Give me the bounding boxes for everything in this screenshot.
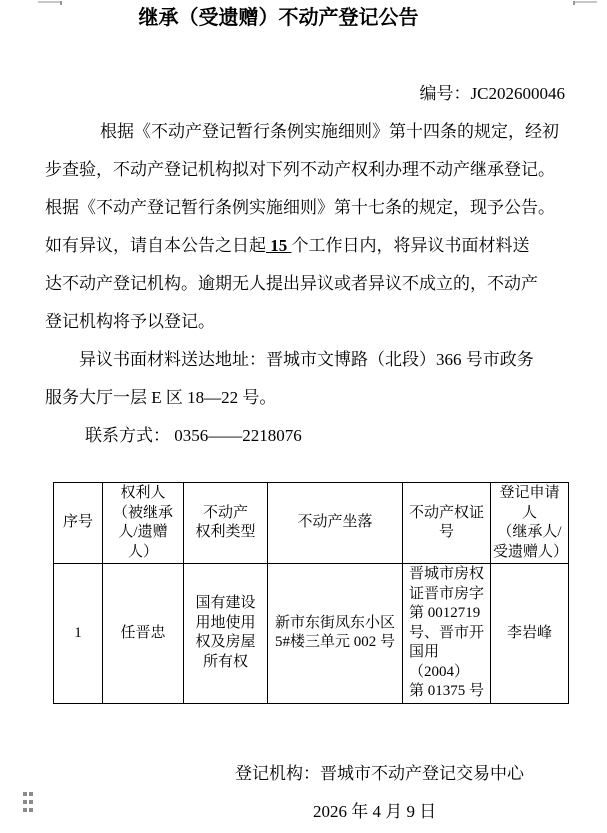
- col-header-seq: 序号: [54, 483, 103, 564]
- registration-agency: 登记机构：晋城市不动产登记交易中心: [235, 755, 568, 793]
- announcement-paragraph: 根据《不动产登记暂行条例实施细则》第十四条的规定，经初 步查验，不动产登记机构拟…: [45, 113, 568, 341]
- document-page: 继承（受遗赠）不动产登记公告 编号：JC202600046 根据《不动产登记暂行…: [0, 0, 607, 833]
- drag-handle-dot: [29, 792, 33, 796]
- col-header-holder: 权利人 （被继承 人/遗赠 人）: [103, 483, 184, 564]
- announcement-date: 2026 年 4 月 9 日: [313, 793, 568, 831]
- drag-handle-dot: [23, 800, 27, 804]
- corner-mark-tick: [573, 1, 575, 5]
- cell-applicant: 李岩峰: [491, 564, 569, 704]
- document-content: 继承（受遗赠）不动产登记公告 编号：JC202600046 根据《不动产登记暂行…: [45, 5, 568, 831]
- cell-holder: 任晋忠: [103, 564, 184, 704]
- contact-paragraph: 联系方式： 0356——2218076: [45, 417, 568, 455]
- doc-number: 编号：JC202600046: [45, 75, 568, 113]
- table-header-row: 序号 权利人 （被继承 人/遗赠 人） 不动产 权利类型 不动产坐落 不动产权证…: [54, 483, 569, 564]
- top-left-corner-mark-icon: [38, 1, 62, 5]
- col-header-applicant: 登记申请人 （继承人/ 受遗赠人）: [491, 483, 569, 564]
- notice-period-value: 15: [266, 236, 292, 255]
- drag-handle-dot: [23, 808, 27, 812]
- drag-handle-icon[interactable]: [23, 792, 33, 812]
- drag-handle-dot: [23, 792, 27, 796]
- corner-mark-line: [573, 1, 597, 3]
- cell-location: 新市东街凤东小区 5#楼三单元 002 号: [268, 564, 403, 704]
- corner-mark-tick: [60, 1, 62, 5]
- drag-handle-dot: [29, 808, 33, 812]
- cell-cert-no: 晋城市房权 证晋市房字 第 0012719 号、晋市开 国用（2004） 第 0…: [403, 564, 491, 704]
- address-paragraph: 异议书面材料送达地址：晋城市文博路（北段）366 号市政务 服务大厅一层 E 区…: [45, 341, 568, 417]
- announcement-table: 序号 权利人 （被继承 人/遗赠 人） 不动产 权利类型 不动产坐落 不动产权证…: [53, 482, 569, 704]
- top-right-corner-mark-icon: [573, 1, 597, 5]
- corner-mark-line: [38, 1, 62, 3]
- drag-handle-dot: [29, 800, 33, 804]
- cell-seq: 1: [54, 564, 103, 704]
- col-header-right-type: 不动产 权利类型: [184, 483, 268, 564]
- col-header-cert-no: 不动产权证号: [403, 483, 491, 564]
- table-row: 1 任晋忠 国有建设 用地使用 权及房屋 所有权 新市东街凤东小区 5#楼三单元…: [54, 564, 569, 704]
- col-header-location: 不动产坐落: [268, 483, 403, 564]
- page-title: 继承（受遗赠）不动产登记公告: [45, 5, 568, 31]
- cell-right-type: 国有建设 用地使用 权及房屋 所有权: [184, 564, 268, 704]
